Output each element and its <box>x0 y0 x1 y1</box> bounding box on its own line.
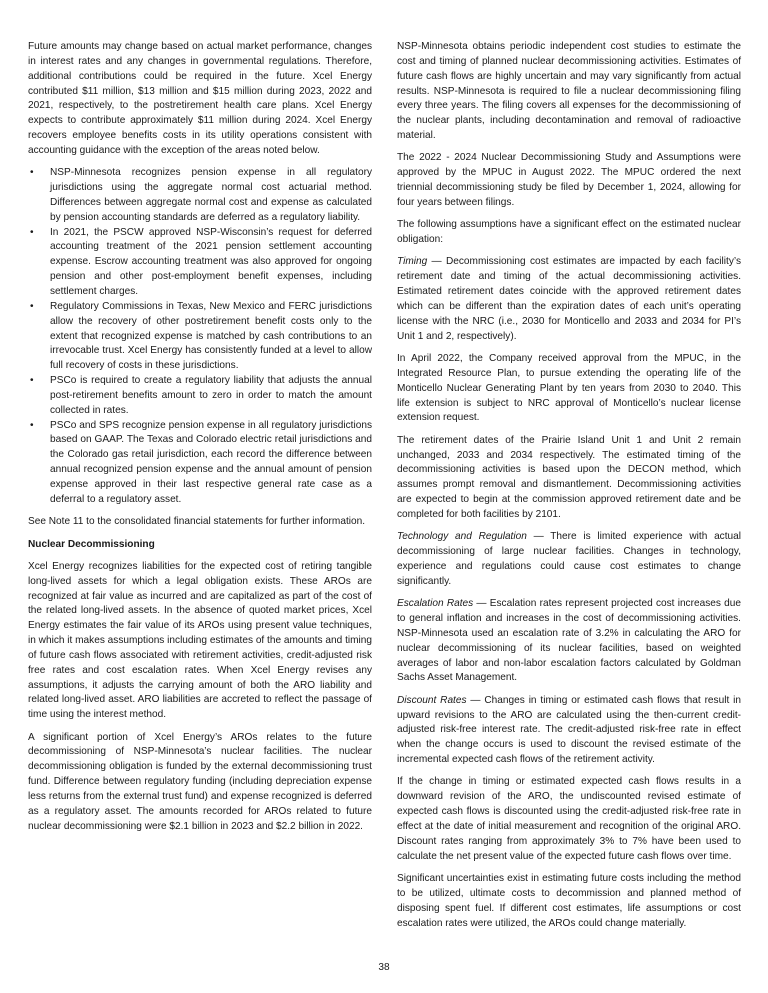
right-column: NSP-Minnesota obtains periodic independe… <box>397 40 741 939</box>
list-item: •In 2021, the PSCW approved NSP-Wisconsi… <box>28 226 372 300</box>
list-item: •PSCo and SPS recognize pension expense … <box>28 419 372 508</box>
bullet-icon: • <box>30 226 34 241</box>
intro-paragraph: Future amounts may change based on actua… <box>28 40 372 159</box>
escalation-lead: Escalation Rates <box>397 598 473 609</box>
assumptions-intro: The following assumptions have a signifi… <box>397 218 741 248</box>
see-note-paragraph: See Note 11 to the consolidated financia… <box>28 515 372 530</box>
escalation-paragraph: Escalation Rates — Escalation rates repr… <box>397 597 741 686</box>
benefit-recovery-list: •NSP-Minnesota recognizes pension expens… <box>28 166 372 507</box>
bullet-icon: • <box>30 300 34 315</box>
timing-lead: Timing <box>397 256 427 267</box>
list-item-text: PSCo is required to create a regulatory … <box>50 375 372 416</box>
discount-lead: Discount Rates <box>397 695 467 706</box>
list-item-text: In 2021, the PSCW approved NSP-Wisconsin… <box>50 227 372 297</box>
discount-paragraph: Discount Rates — Changes in timing or es… <box>397 694 741 768</box>
list-item-text: PSCo and SPS recognize pension expense i… <box>50 420 372 505</box>
bullet-icon: • <box>30 166 34 181</box>
retirement-dates-paragraph: The retirement dates of the Prairie Isla… <box>397 434 741 523</box>
technology-lead: Technology and Regulation <box>397 531 527 542</box>
cost-studies-paragraph: NSP-Minnesota obtains periodic independe… <box>397 40 741 144</box>
list-item: •PSCo is required to create a regulatory… <box>28 374 372 419</box>
list-item: •Regulatory Commissions in Texas, New Me… <box>28 300 372 374</box>
list-item: •NSP-Minnesota recognizes pension expens… <box>28 166 372 225</box>
list-item-text: NSP-Minnesota recognizes pension expense… <box>50 167 372 223</box>
list-item-text: Regulatory Commissions in Texas, New Mex… <box>50 301 372 371</box>
downward-revision-paragraph: If the change in timing or estimated exp… <box>397 775 741 864</box>
escalation-text: — Escalation rates represent projected c… <box>397 598 741 683</box>
significant-portion-paragraph: A significant portion of Xcel Energy’s A… <box>28 731 372 835</box>
timing-paragraph: Timing — Decommissioning cost estimates … <box>397 255 741 344</box>
april-paragraph: In April 2022, the Company received appr… <box>397 352 741 426</box>
uncertainties-paragraph: Significant uncertainties exist in estim… <box>397 872 741 931</box>
left-column: Future amounts may change based on actua… <box>28 40 372 842</box>
study-paragraph: The 2022 - 2024 Nuclear Decommissioning … <box>397 151 741 210</box>
timing-text: — Decommissioning cost estimates are imp… <box>397 256 741 341</box>
technology-paragraph: Technology and Regulation — There is lim… <box>397 530 741 589</box>
bullet-icon: • <box>30 374 34 389</box>
aro-paragraph: Xcel Energy recognizes liabilities for t… <box>28 560 372 723</box>
bullet-icon: • <box>30 419 34 434</box>
section-heading: Nuclear Decommissioning <box>28 538 372 553</box>
page-number: 38 <box>0 962 768 973</box>
